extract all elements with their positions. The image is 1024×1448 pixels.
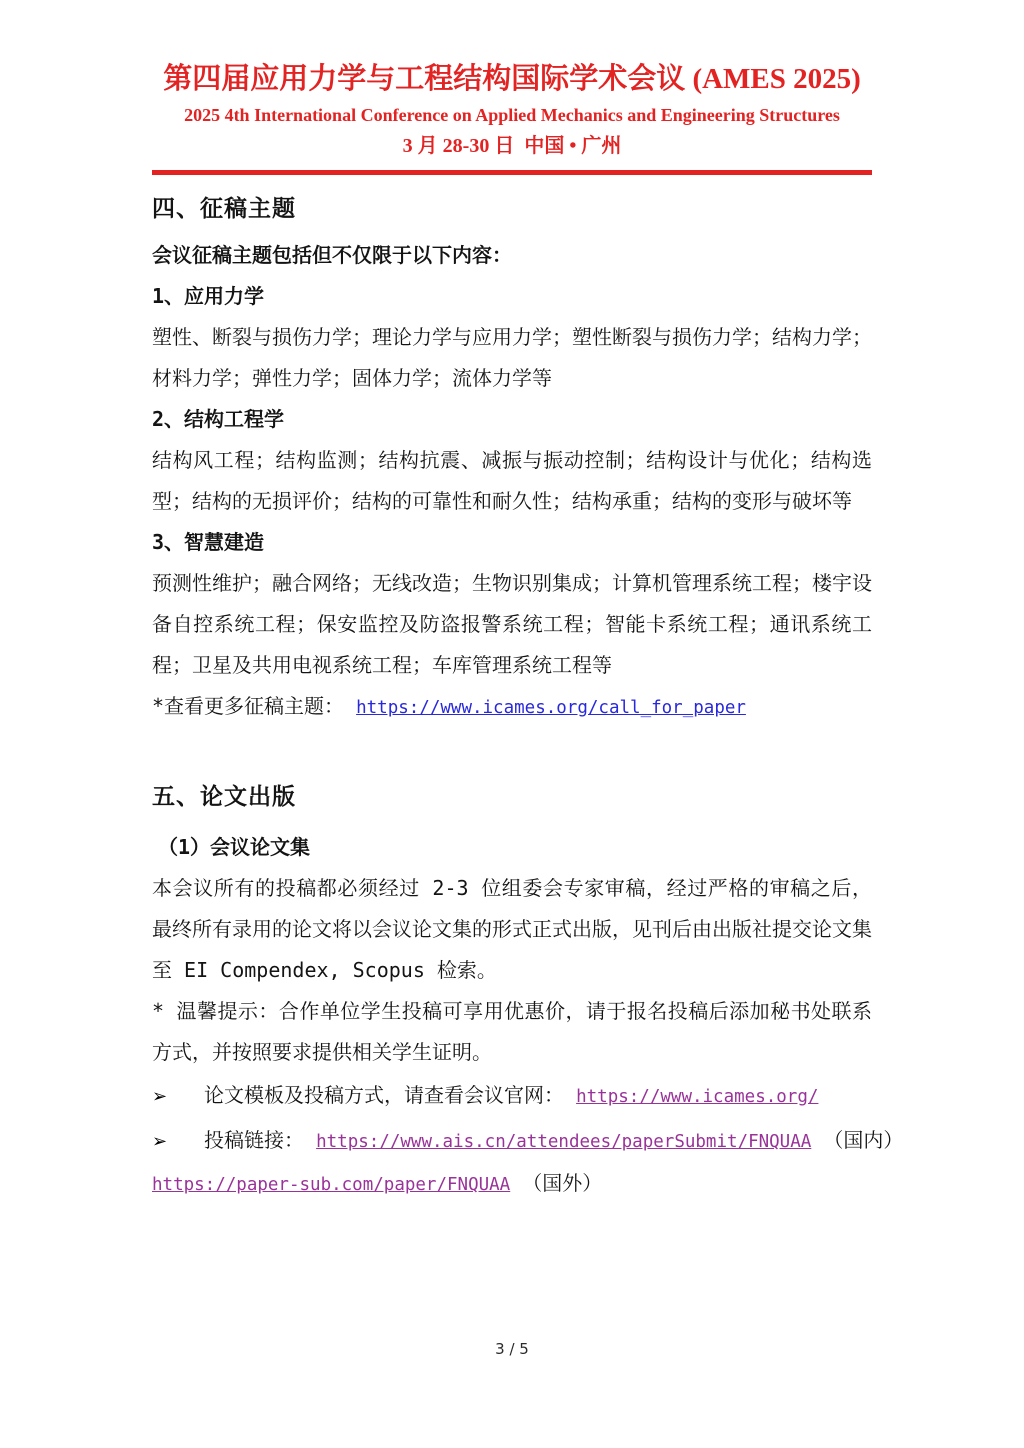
header-divider-line — [152, 170, 872, 175]
section-publication: 五、论文出版 （1）会议论文集 本会议所有的投稿都必须经过 2-3 位组委会专家… — [152, 779, 872, 1206]
topic-body-applied-mechanics: 塑性、断裂与损伤力学；理论力学与应用力学；塑性断裂与损伤力学；结构力学；材料力学… — [152, 317, 872, 399]
domestic-submission-link[interactable]: https://www.ais.cn/attendees/paperSubmit… — [316, 1132, 811, 1152]
submission-bullet-label: 投稿链接： — [204, 1128, 304, 1152]
overseas-submission-link[interactable]: https://paper-sub.com/paper/FNQUAA — [152, 1175, 510, 1195]
conference-date-location: 3 月 28-30 日 中国 • 广州 — [152, 130, 872, 162]
page-number: 3 / 5 — [495, 1340, 529, 1358]
document-page: 第四届应用力学与工程结构国际学术会议 (AMES 2025) 2025 4th … — [0, 0, 1024, 1448]
topic-title-smart-construction: 3、智慧建造 — [152, 522, 872, 563]
call-for-papers-intro: 会议征稿主题包括但不仅限于以下内容： — [152, 235, 872, 276]
topic-body-smart-construction: 预测性维护；融合网络；无线改造；生物识别集成；计算机管理系统工程；楼宇设备自控系… — [152, 563, 872, 686]
official-site-link[interactable]: https://www.icames.org/ — [576, 1087, 818, 1107]
more-topics-row: *查看更多征稿主题： https://www.icames.org/call_f… — [152, 686, 872, 729]
student-discount-tip: * 温馨提示：合作单位学生投稿可享用优惠价，请于报名投稿后添加秘书处联系方式，并… — [152, 991, 872, 1073]
topic-title-applied-mechanics: 1、应用力学 — [152, 276, 872, 317]
conference-title-en: 2025 4th International Conference on App… — [152, 100, 872, 130]
publication-body: 本会议所有的投稿都必须经过 2-3 位组委会专家审稿，经过严格的审稿之后，最终所… — [152, 868, 872, 991]
more-topics-label: *查看更多征稿主题： — [152, 694, 344, 718]
topic-title-structural-engineering: 2、结构工程学 — [152, 399, 872, 440]
template-bullet-row: ➢ 论文模板及投稿方式，请查看会议官网： https://www.icames.… — [152, 1075, 872, 1118]
proceedings-subheading: （1）会议论文集 — [152, 827, 872, 868]
template-bullet-label: 论文模板及投稿方式，请查看会议官网： — [204, 1083, 564, 1107]
publication-heading: 五、论文出版 — [152, 779, 872, 815]
section-call-for-papers: 四、征稿主题 会议征稿主题包括但不仅限于以下内容： 1、应用力学 塑性、断裂与损… — [152, 191, 872, 729]
call-for-paper-link[interactable]: https://www.icames.org/call_for_paper — [356, 698, 746, 718]
call-for-papers-heading: 四、征稿主题 — [152, 191, 872, 227]
domestic-suffix-label: （国内） — [823, 1128, 903, 1152]
page-footer: 3 / 5 — [0, 1340, 1024, 1358]
arrow-bullet-icon: ➢ — [152, 1121, 192, 1162]
topic-body-structural-engineering: 结构风工程；结构监测；结构抗震、减振与振动控制；结构设计与优化；结构选型；结构的… — [152, 440, 872, 522]
overseas-submission-row: https://paper-sub.com/paper/FNQUAA （国外） — [152, 1163, 872, 1206]
overseas-suffix-label: （国外） — [522, 1171, 602, 1195]
arrow-bullet-icon: ➢ — [152, 1076, 192, 1117]
submission-bullet-row: ➢ 投稿链接： https://www.ais.cn/attendees/pap… — [152, 1120, 872, 1163]
conference-title-cn: 第四届应用力学与工程结构国际学术会议 (AMES 2025) — [152, 58, 872, 100]
document-header: 第四届应用力学与工程结构国际学术会议 (AMES 2025) 2025 4th … — [152, 58, 872, 175]
